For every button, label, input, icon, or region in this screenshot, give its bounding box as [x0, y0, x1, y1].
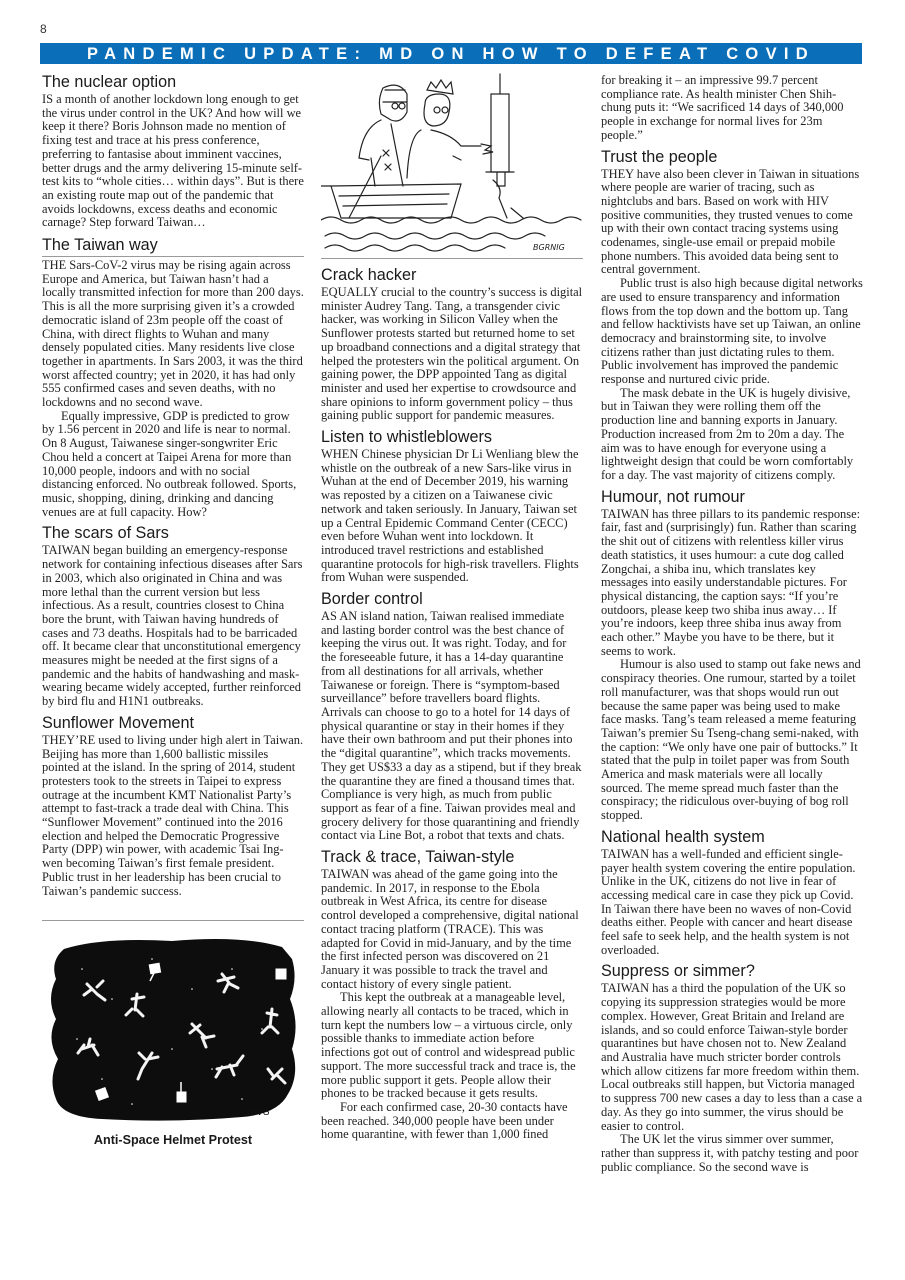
paragraph: The mask debate in the UK is hugely divi…: [601, 387, 863, 483]
paragraph: THE Sars-CoV-2 virus may be rising again…: [42, 259, 304, 410]
heading-suppress-or-simmer: Suppress or simmer?: [601, 961, 863, 981]
paragraph: Equally impressive, GDP is predicted to …: [42, 410, 304, 520]
heading-nuclear-option: The nuclear option: [42, 72, 304, 92]
heading-underline: [42, 256, 304, 257]
heading-scars-of-sars: The scars of Sars: [42, 523, 304, 543]
paragraph: THEY’RE used to living under high alert …: [42, 734, 304, 898]
cartoon-caption: Anti-Space Helmet Protest: [42, 1133, 304, 1147]
paragraph: TAIWAN has a third the population of the…: [601, 982, 863, 1133]
heading-crack-hacker: Crack hacker: [321, 265, 583, 285]
paragraph: AS AN island nation, Taiwan realised imm…: [321, 610, 583, 843]
paragraph: IS a month of another lockdown long enou…: [42, 93, 304, 230]
syringe-boat-cartoon: BGRNIG: [321, 68, 583, 254]
paragraph: EQUALLY crucial to the country’s success…: [321, 286, 583, 423]
cartoon-signature: BGRNIG: [533, 243, 565, 252]
page-number: 8: [40, 22, 47, 36]
paragraph: Public trust is also high because digita…: [601, 277, 863, 387]
paragraph: Humour is also used to stamp out fake ne…: [601, 658, 863, 822]
paragraph: THEY have also been clever in Taiwan in …: [601, 168, 863, 278]
heading-sunflower-movement: Sunflower Movement: [42, 713, 304, 733]
paragraph: WHEN Chinese physician Dr Li Wenliang bl…: [321, 448, 583, 585]
paragraph: TAIWAN has three pillars to its pandemic…: [601, 508, 863, 659]
continued-paragraph: for breaking it – an impressive 99.7 per…: [601, 74, 863, 143]
paragraph: TAIWAN began building an emergency-respo…: [42, 544, 304, 708]
heading-border-control: Border control: [321, 589, 583, 609]
column-3: for breaking it – an impressive 99.7 per…: [601, 68, 863, 1174]
heading-national-health-system: National health system: [601, 827, 863, 847]
paragraph: TAIWAN has a well-funded and efficient s…: [601, 848, 863, 958]
divider: [42, 920, 304, 921]
space-protest-cartoon: DWG: [42, 929, 304, 1129]
divider: [321, 258, 583, 259]
cartoon-signature: DWG: [247, 1108, 270, 1118]
paragraph: This kept the outbreak at a manageable l…: [321, 991, 583, 1101]
heading-listen-to-whistleblowers: Listen to whistleblowers: [321, 427, 583, 447]
heading-trust-the-people: Trust the people: [601, 147, 863, 167]
heading-taiwan-way: The Taiwan way: [42, 235, 304, 255]
paragraph: TAIWAN was ahead of the game going into …: [321, 868, 583, 991]
astronaut-cartoon-illustration: DWG: [42, 929, 304, 1129]
section-banner: PANDEMIC UPDATE: MD ON HOW TO DEFEAT COV…: [40, 43, 862, 64]
syringe-excalibur-illustration: BGRNIG: [321, 68, 583, 254]
paragraph: The UK let the virus simmer over summer,…: [601, 1133, 863, 1174]
heading-humour-not-rumour: Humour, not rumour: [601, 487, 863, 507]
column-2: BGRNIG Crack hacker EQUALLY crucial to t…: [321, 68, 583, 1142]
column-1: The nuclear option IS a month of another…: [42, 68, 304, 1147]
paragraph: For each confirmed case, 20-30 contacts …: [321, 1101, 583, 1142]
heading-track-and-trace: Track & trace, Taiwan-style: [321, 847, 583, 867]
